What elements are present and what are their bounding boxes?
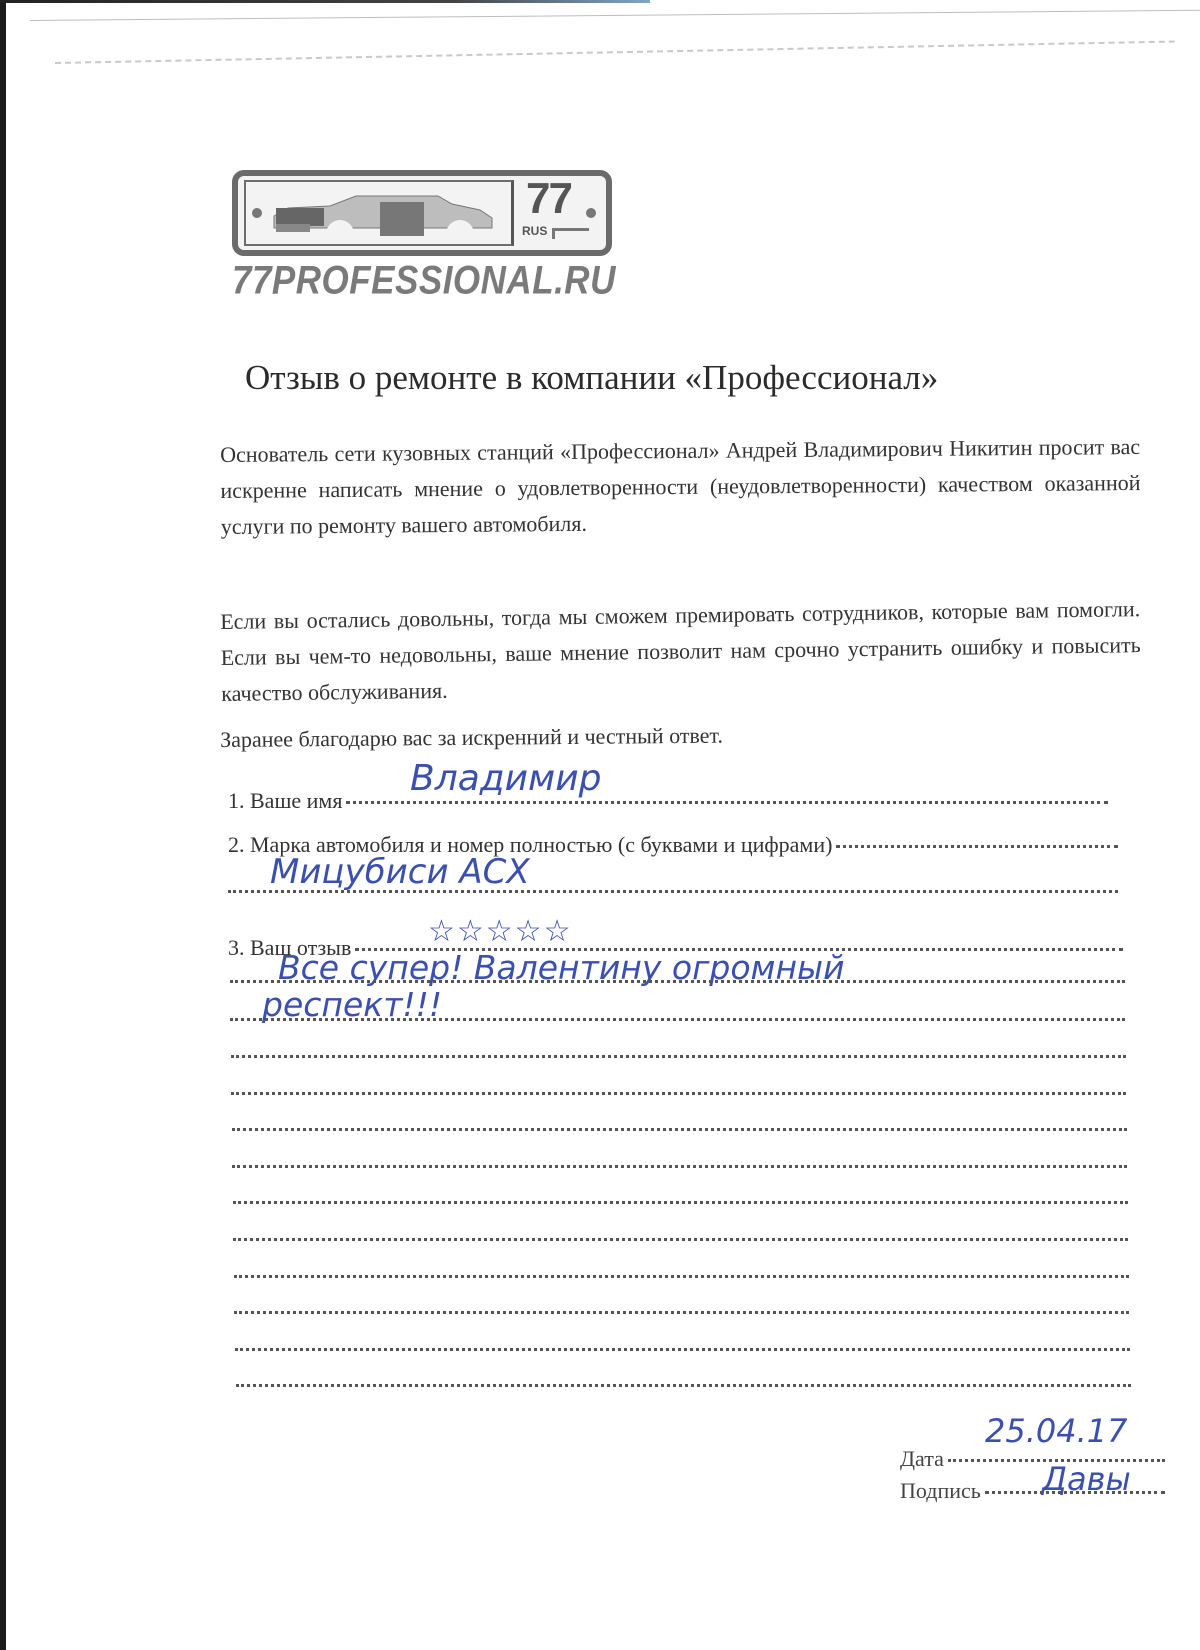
name-dotted-line[interactable]: [346, 800, 1108, 804]
review-line[interactable]: [234, 1275, 1129, 1278]
review-line[interactable]: [233, 1201, 1128, 1204]
car-dotted-line[interactable]: [836, 844, 1118, 848]
review-line[interactable]: [236, 1384, 1131, 1387]
scan-edge: [0, 0, 6, 1650]
review-line[interactable]: [230, 980, 1125, 983]
license-plate-logo: 77 RUS: [232, 170, 612, 256]
flag-icon: [552, 228, 589, 239]
name-label: 1. Ваше имя: [228, 788, 342, 814]
region-suffix: RUS: [522, 224, 547, 238]
review-line[interactable]: [232, 1165, 1127, 1168]
review-line[interactable]: [231, 1092, 1126, 1095]
intro-paragraph: Основатель сети кузовных станций «Профес…: [220, 429, 1141, 545]
name-value[interactable]: Владимир: [410, 758, 601, 799]
date-label: Дата: [900, 1446, 944, 1472]
feedback-paragraph: Если вы остались довольны, тогда мы смож…: [220, 591, 1141, 712]
bolt-icon: [586, 208, 596, 218]
bolt-icon: [252, 208, 262, 218]
scan-top-artifact: [0, 0, 650, 3]
signature-label: Подпись: [900, 1478, 981, 1504]
name-field-row: 1. Ваше имя: [228, 788, 1108, 814]
logo-site-text: 77PROFESSIONAL.RU: [232, 258, 616, 304]
plate-car-section: [244, 180, 514, 246]
company-logo: 77 RUS 77PROFESSIONAL.RU: [232, 170, 616, 310]
review-line[interactable]: [233, 1238, 1128, 1241]
review-line[interactable]: [232, 1128, 1127, 1131]
review-line[interactable]: [231, 1055, 1126, 1058]
plate-region-section: 77 RUS: [520, 180, 606, 246]
review-line[interactable]: [234, 1311, 1129, 1314]
region-number: 77: [526, 174, 571, 224]
header-dashed-rule: [55, 40, 1175, 65]
document-title: Отзыв о ремонте в компании «Профессионал…: [245, 358, 938, 398]
header-rule: [30, 10, 1200, 22]
thanks-paragraph: Заранее благодарю вас за искренний и чес…: [220, 714, 1140, 758]
review-line[interactable]: [235, 1348, 1130, 1351]
car-body-icon: [270, 194, 500, 238]
signature-value[interactable]: Давы: [1042, 1460, 1131, 1498]
car-value[interactable]: Мицубиси АСХ: [270, 852, 530, 892]
review-line[interactable]: [230, 1018, 1125, 1021]
date-value[interactable]: 25.04.17: [985, 1412, 1128, 1450]
